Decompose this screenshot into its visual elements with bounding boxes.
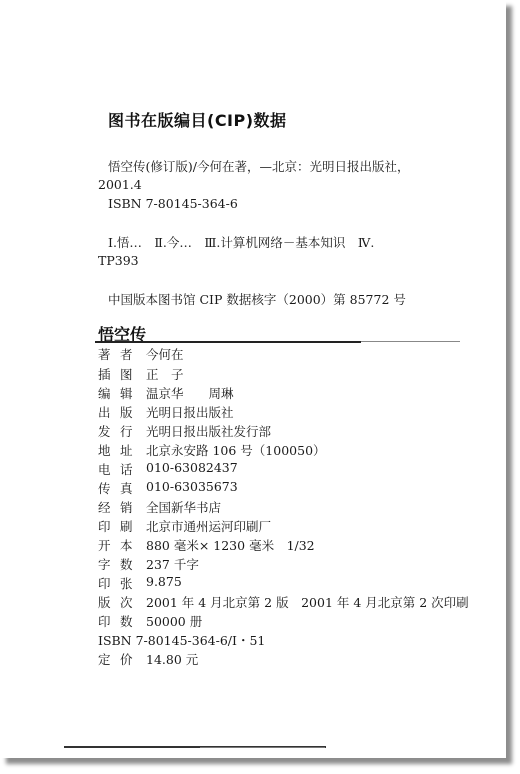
field-row-price: 定价14.80 元	[98, 650, 198, 668]
field-row-word-count: 字数237 千字	[98, 555, 199, 573]
field-row-printer: 印刷北京市通州运河印刷厂	[98, 517, 271, 535]
cip-heading: 图书在版编目(CIP)数据	[108, 108, 287, 131]
cip-classification-code: TP393	[98, 253, 139, 268]
title-rule	[95, 341, 361, 343]
field-row-seller: 经销全国新华书店	[98, 498, 221, 516]
title-rule-faint	[361, 341, 460, 342]
field-row-print-run: 印数50000 册	[98, 612, 202, 630]
field-row-edition: 版次2001 年 4 月北京第 2 版 2001 年 4 月北京第 2 次印刷	[98, 593, 469, 611]
field-row-sheets: 印张9.875	[98, 574, 182, 592]
field-row-distribution: 发行光明日报出版社发行部	[98, 422, 271, 440]
cip-library-note: 中国版本图书馆 CIP 数据核字（2000）第 85772 号	[108, 290, 406, 308]
isbn-full: ISBN 7-80145-364-6/I・51	[98, 631, 265, 649]
cip-isbn: ISBN 7-80145-364-6	[108, 196, 238, 211]
field-row-illustrator: 插图正 子	[98, 365, 184, 383]
field-row-address: 地址北京永安路 106 号（100050）	[98, 441, 326, 459]
field-row-format: 开本880 毫米× 1230 毫米 1/32	[98, 536, 315, 554]
field-row-phone: 电话010-63082437	[98, 460, 238, 478]
bottom-scan-line-faint	[200, 747, 325, 748]
cip-line-2: 2001.4	[98, 177, 142, 192]
scanned-page: 图书在版编目(CIP)数据 悟空传(修订版)/今何在著，—北京：光明日报出版社，…	[0, 0, 506, 758]
field-row-fax: 传真010-63035673	[98, 479, 238, 497]
field-row-publisher: 出版光明日报出版社	[98, 403, 234, 421]
cip-classification: Ⅰ.悟… Ⅱ.今… Ⅲ.计算机网络－基本知识 Ⅳ.	[108, 233, 374, 251]
cip-line-1: 悟空传(修订版)/今何在著，—北京：光明日报出版社，	[108, 157, 409, 175]
field-row-editor: 编辑温京华 周琳	[98, 384, 234, 402]
field-row-author: 著者今何在	[98, 345, 184, 363]
